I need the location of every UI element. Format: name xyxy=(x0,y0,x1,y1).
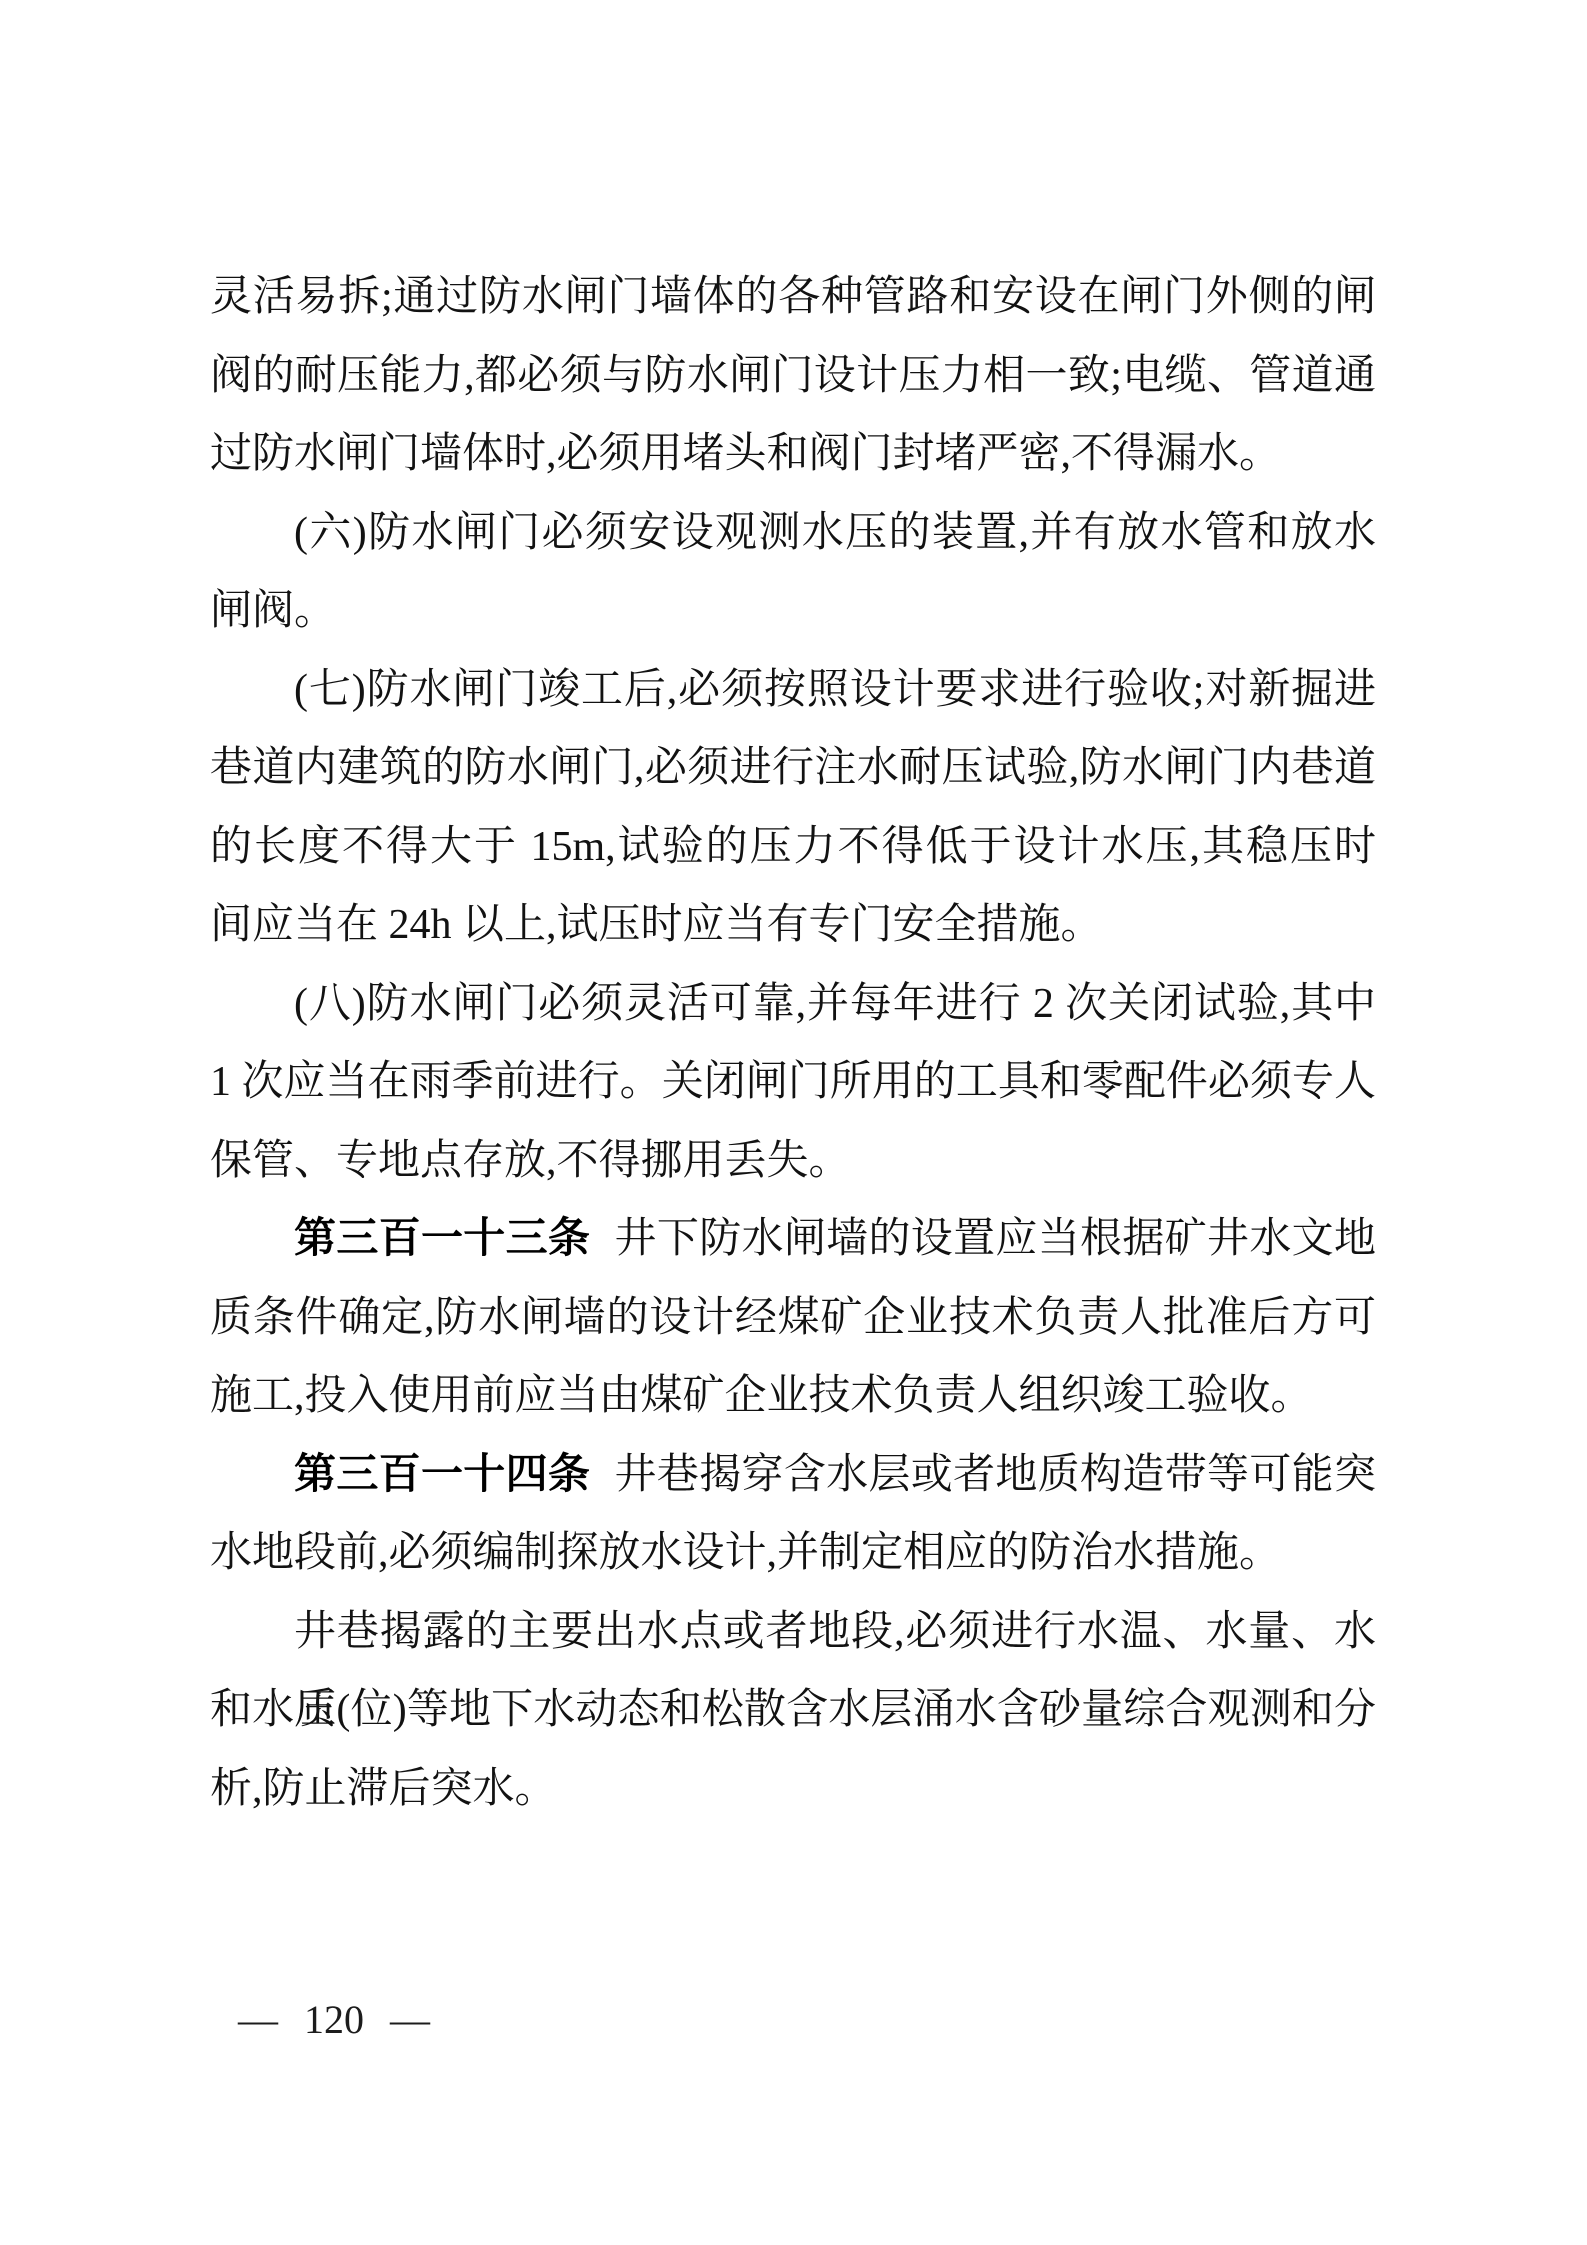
line-text: (六)防水闸门必须安设观测水压的装置,并有放水管和放水 xyxy=(294,510,1376,556)
line-text: 析,防止滞后突水。 xyxy=(210,1766,557,1812)
article-number: 第三百一十四条 xyxy=(294,1452,590,1498)
text-line: 灵活易拆;通过防水闸门墙体的各种管路和安设在闸门外侧的闸 xyxy=(210,258,1376,337)
text-line: 保管、专地点存放,不得挪用丢失。 xyxy=(210,1122,1376,1201)
text-line: 施工,投入使用前应当由煤矿企业技术负责人组织竣工验收。 xyxy=(210,1357,1376,1436)
text-line: 质条件确定,防水闸墙的设计经煤矿企业技术负责人批准后方可 xyxy=(210,1279,1376,1358)
text-line: 巷道内建筑的防水闸门,必须进行注水耐压试验,防水闸门内巷道 xyxy=(210,729,1376,808)
text-block: 灵活易拆;通过防水闸门墙体的各种管路和安设在闸门外侧的闸阀的耐压能力,都必须与防… xyxy=(210,258,1376,1828)
line-text: 井下防水闸墙的设置应当根据矿井水文地 xyxy=(614,1216,1376,1262)
line-text: 阀的耐压能力,都必须与防水闸门设计压力相一致;电缆、管道通 xyxy=(210,353,1376,399)
line-text: 和水压(位)等地下水动态和松散含水层涌水含砂量综合观测和分 xyxy=(210,1687,1376,1733)
line-text: 灵活易拆;通过防水闸门墙体的各种管路和安设在闸门外侧的闸 xyxy=(210,274,1376,320)
line-text: 保管、专地点存放,不得挪用丢失。 xyxy=(210,1138,851,1184)
text-line: 井巷揭露的主要出水点或者地段,必须进行水温、水量、水质 xyxy=(210,1593,1376,1672)
text-line: 间应当在 24h 以上,试压时应当有专门安全措施。 xyxy=(210,886,1376,965)
text-line: 1 次应当在雨季前进行。关闭闸门所用的工具和零配件必须专人 xyxy=(210,1043,1376,1122)
text-line: 阀的耐压能力,都必须与防水闸门设计压力相一致;电缆、管道通 xyxy=(210,337,1376,416)
line-text: 1 次应当在雨季前进行。关闭闸门所用的工具和零配件必须专人 xyxy=(210,1059,1376,1105)
line-text: 水地段前,必须编制探放水设计,并制定相应的防治水措施。 xyxy=(210,1530,1281,1576)
page-number: — 120 — xyxy=(238,1998,430,2042)
line-text: 施工,投入使用前应当由煤矿企业技术负责人组织竣工验收。 xyxy=(210,1373,1313,1419)
line-text: (七)防水闸门竣工后,必须按照设计要求进行验收;对新掘进 xyxy=(294,667,1376,713)
text-line: 析,防止滞后突水。 xyxy=(210,1750,1376,1829)
page: 灵活易拆;通过防水闸门墙体的各种管路和安设在闸门外侧的闸阀的耐压能力,都必须与防… xyxy=(0,0,1587,2245)
line-text: 井巷揭穿含水层或者地质构造带等可能突 xyxy=(614,1452,1376,1498)
text-line: 和水压(位)等地下水动态和松散含水层涌水含砂量综合观测和分 xyxy=(210,1671,1376,1750)
line-text: 质条件确定,防水闸墙的设计经煤矿企业技术负责人批准后方可 xyxy=(210,1295,1376,1341)
article-number: 第三百一十三条 xyxy=(294,1216,590,1262)
line-text: 间应当在 24h 以上,试压时应当有专门安全措施。 xyxy=(210,902,1103,948)
line-text: 闸阀。 xyxy=(210,588,336,634)
line-text: 巷道内建筑的防水闸门,必须进行注水耐压试验,防水闸门内巷道 xyxy=(210,745,1376,791)
text-line: (八)防水闸门必须灵活可靠,并每年进行 2 次关闭试验,其中 xyxy=(210,965,1376,1044)
text-line: 闸阀。 xyxy=(210,572,1376,651)
line-text: 过防水闸门墙体时,必须用堵头和阀门封堵严密,不得漏水。 xyxy=(210,431,1281,477)
text-line: 过防水闸门墙体时,必须用堵头和阀门封堵严密,不得漏水。 xyxy=(210,415,1376,494)
text-line: (七)防水闸门竣工后,必须按照设计要求进行验收;对新掘进 xyxy=(210,651,1376,730)
text-line: (六)防水闸门必须安设观测水压的装置,并有放水管和放水 xyxy=(210,494,1376,573)
article-heading-line: 第三百一十四条井巷揭穿含水层或者地质构造带等可能突 xyxy=(210,1436,1376,1515)
line-text: (八)防水闸门必须灵活可靠,并每年进行 2 次关闭试验,其中 xyxy=(294,981,1376,1027)
line-text: 的长度不得大于 15m,试验的压力不得低于设计水压,其稳压时 xyxy=(210,824,1376,870)
text-line: 的长度不得大于 15m,试验的压力不得低于设计水压,其稳压时 xyxy=(210,808,1376,887)
text-line: 水地段前,必须编制探放水设计,并制定相应的防治水措施。 xyxy=(210,1514,1376,1593)
article-heading-line: 第三百一十三条井下防水闸墙的设置应当根据矿井水文地 xyxy=(210,1200,1376,1279)
